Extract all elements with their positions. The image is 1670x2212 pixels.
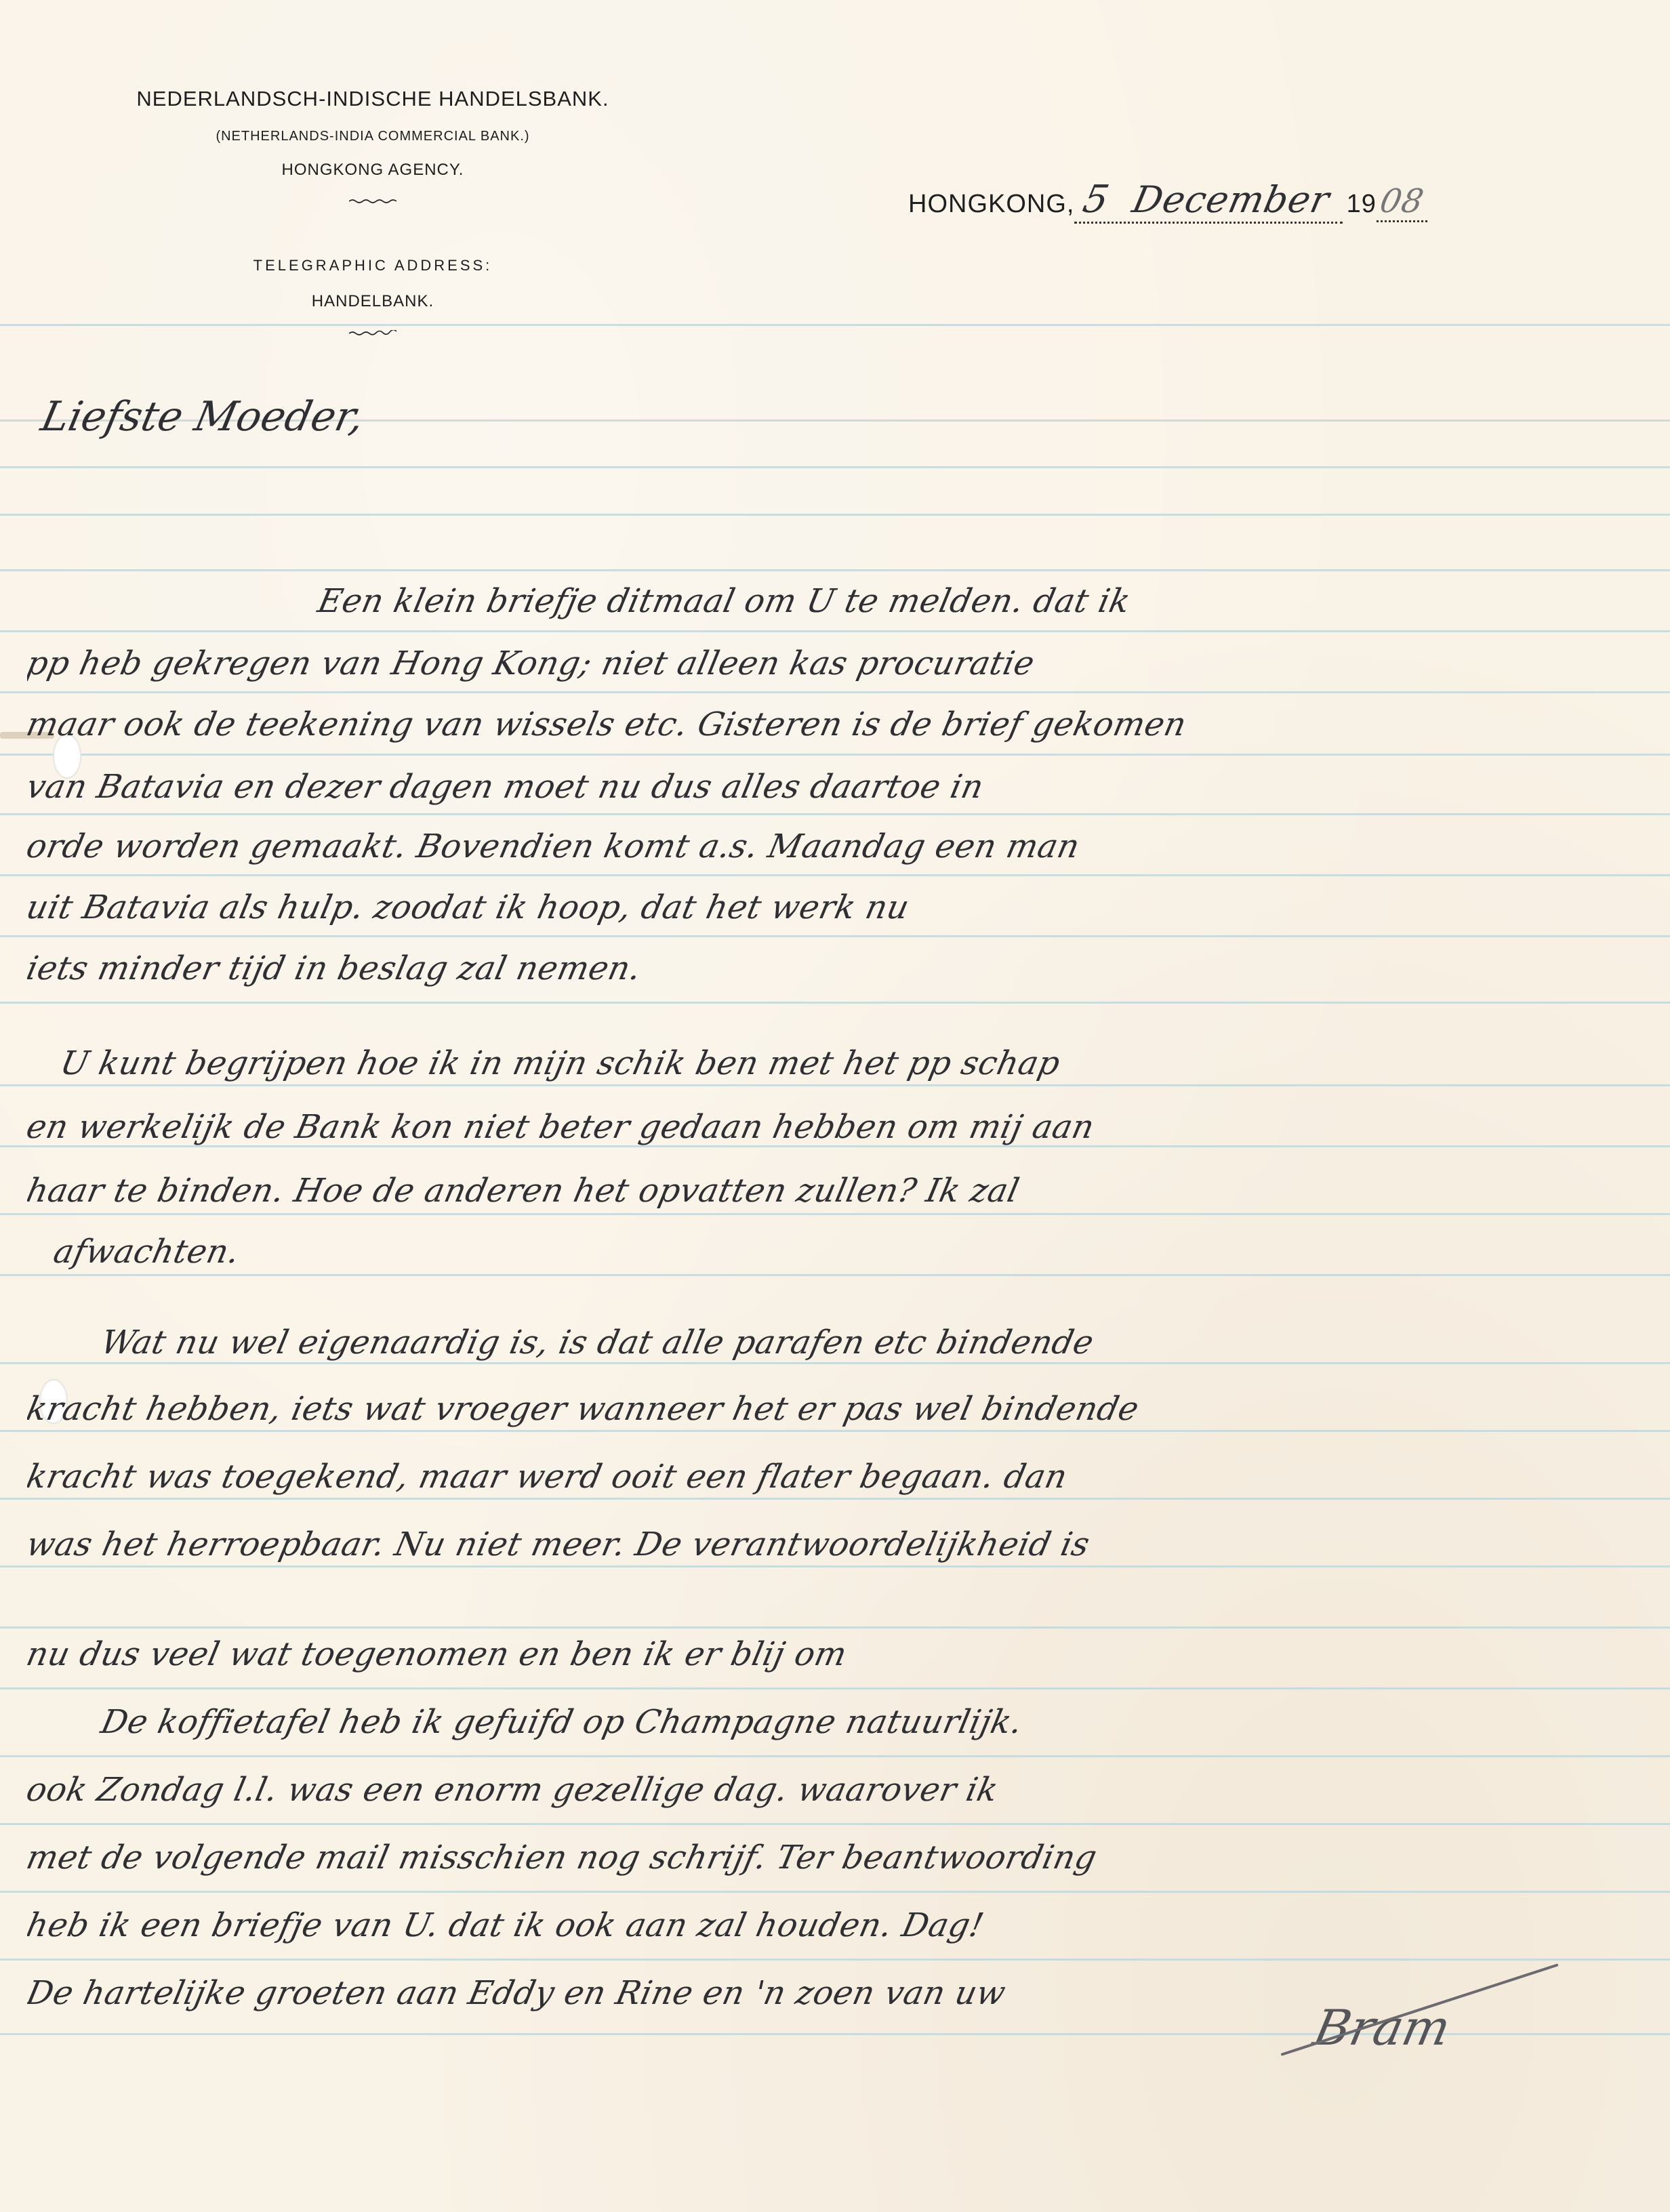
letter-line: uit Batavia als hulp. zoodat ik hoop, da…: [27, 884, 1640, 931]
letterhead: NEDERLANDSCH-INDISCHE HANDELSBANK. (NETH…: [41, 81, 705, 335]
ruled-line: [0, 1755, 1670, 1757]
ruled-line: [0, 630, 1670, 632]
ornament-squiggle-icon: [349, 199, 396, 204]
date-year-field: 08: [1377, 182, 1427, 222]
letter-line: van Batavia en dezer dagen moet nu dus a…: [27, 763, 1640, 811]
letter-line: maar ook de teekening van wissels etc. G…: [27, 701, 1640, 748]
ruled-line: [0, 514, 1670, 516]
letter-line: iets minder tijd in beslag zal nemen.: [27, 945, 1640, 992]
letter-line: kracht hebben, iets wat vroeger wanneer …: [27, 1385, 1640, 1433]
ruled-line: [0, 813, 1670, 815]
signature: Bram: [1309, 1999, 1455, 2056]
letter-line: orde worden gemaakt. Bovendien komt a.s.…: [27, 823, 1640, 870]
ruled-line: [0, 874, 1670, 876]
letter-line: De koffietafel heb ik gefuifd op Champag…: [27, 1698, 1670, 1746]
dateline: HONGKONG, 5 December 19 08: [908, 178, 1427, 224]
salutation: Liefste Moeder,: [37, 393, 369, 441]
telegraphic-address: HANDELBANK.: [41, 292, 705, 311]
agency-name: HONGKONG AGENCY.: [41, 161, 705, 180]
ruled-line: [0, 1002, 1670, 1004]
date-century: 19: [1347, 190, 1377, 219]
letter-line: haar te binden. Hoe de anderen het opvat…: [27, 1167, 1640, 1214]
letter-line: afwachten.: [27, 1228, 1667, 1275]
ruled-line: [0, 466, 1670, 468]
date-month: December: [1122, 178, 1347, 221]
ruled-line: [0, 1891, 1670, 1893]
telegraphic-label: TELEGRAPHIC ADDRESS:: [41, 257, 705, 274]
letter-line: met de volgende mail misschien nog schri…: [27, 1834, 1640, 1881]
letter-line: was het herroepbaar. Nu niet meer. De ve…: [27, 1521, 1640, 1568]
date-year: 08: [1372, 182, 1431, 220]
letter-line: heb ik een briefje van U. dat ik ook aan…: [27, 1902, 1640, 1949]
ruled-line: [0, 1823, 1670, 1825]
letter-line: ook Zondag l.l. was een enorm gezellige …: [27, 1766, 1640, 1814]
ruled-line: [0, 1959, 1670, 1961]
letter-line: Wat nu wel eigenaardig is, is dat alle p…: [27, 1319, 1670, 1366]
date-field: 5 December: [1074, 178, 1342, 224]
ruled-line: [0, 569, 1670, 571]
ornament-squiggle-icon: [349, 330, 396, 335]
date-place: HONGKONG,: [908, 190, 1074, 219]
ruled-line: [0, 754, 1670, 756]
letter-line: nu dus veel wat toegenomen en ben ik er …: [27, 1631, 1640, 1678]
letter-line: pp heb gekregen van Hong Kong; niet alle…: [27, 640, 1640, 687]
letter-line: Een klein briefje ditmaal om U te melden…: [27, 577, 1670, 625]
ruled-line: [0, 1687, 1670, 1689]
bank-name: NEDERLANDSCH-INDISCHE HANDELSBANK.: [41, 87, 705, 111]
ruled-line: [0, 935, 1670, 937]
letter-line: en werkelijk de Bank kon niet beter geda…: [27, 1103, 1640, 1151]
bank-english-name: (NETHERLANDS-INDIA COMMERCIAL BANK.): [41, 129, 705, 144]
ruled-line: [0, 691, 1670, 693]
date-day: 5: [1080, 178, 1114, 222]
letter-line: kracht was toegekend, maar werd ooit een…: [27, 1453, 1640, 1500]
letter-line: U kunt begrijpen hoe ik in mijn schik be…: [27, 1040, 1670, 1087]
ruled-line: [0, 1626, 1670, 1629]
